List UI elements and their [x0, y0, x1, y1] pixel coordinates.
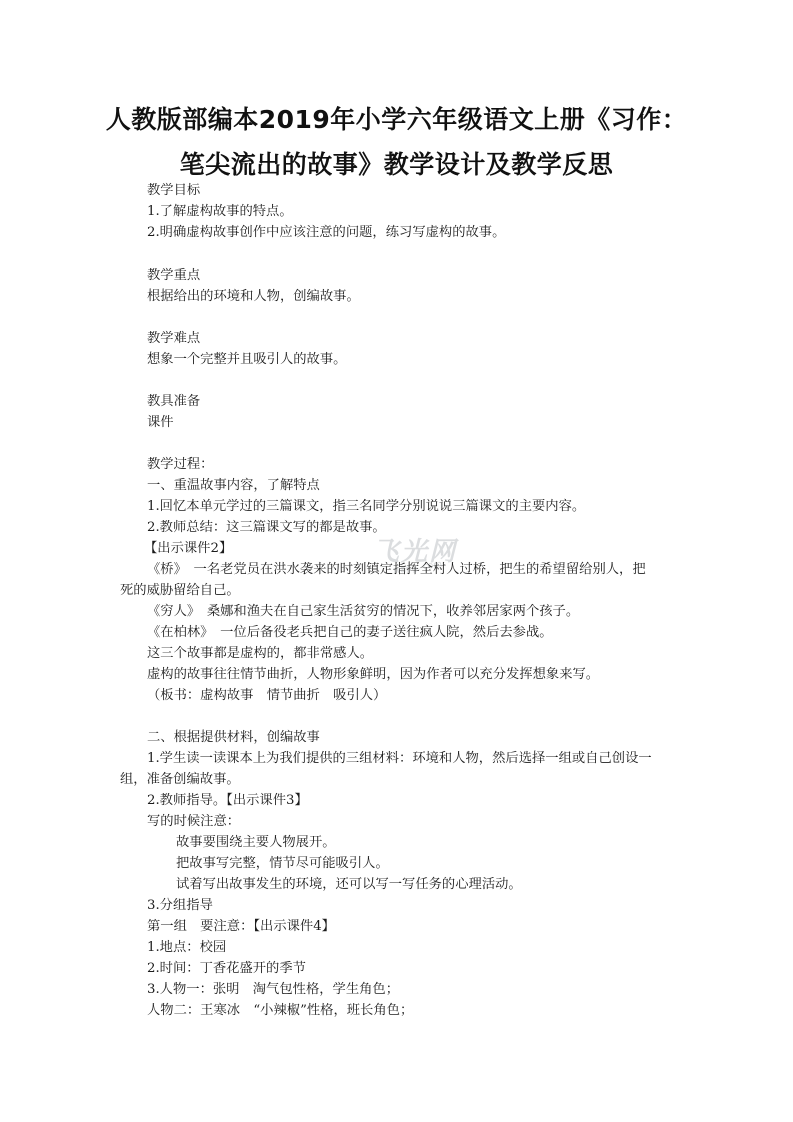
body-line: 试着写出故事发生的环境，还可以写一写任务的心理活动。 — [176, 876, 522, 894]
body-line: 教学难点 — [147, 330, 200, 348]
document-title-line-2: 笔尖流出的故事》教学设计及教学反思 — [0, 145, 793, 181]
body-line: 2.教师指导。【出示课件3】 — [147, 792, 308, 810]
body-line: 人物二：王寒冰 “小辣椒”性格，班长角色； — [147, 1002, 413, 1020]
body-line: 2.教师总结：这三篇课文写的都是故事。 — [147, 519, 386, 537]
body-line: 教学目标 — [147, 182, 200, 200]
body-line: 一、重温故事内容，了解特点 — [147, 477, 320, 495]
body-line: 课件 — [147, 414, 174, 432]
body-line: 写的时候注意： — [147, 813, 240, 831]
body-line: 死的威胁留给自己。 — [120, 582, 240, 600]
body-line: 教学过程： — [147, 456, 213, 474]
document-title-line-1: 人教版部编本2019年小学六年级语文上册《习作： — [0, 100, 793, 136]
body-line: 教学重点 — [147, 267, 200, 285]
body-line: 【出示课件2】 — [144, 540, 232, 558]
body-line: 第一组 要注意：【出示课件4】 — [147, 918, 335, 936]
body-line: 1.了解虚构故事的特点。 — [147, 203, 293, 221]
body-line: 把故事写完整，情节尽可能吸引人。 — [176, 855, 389, 873]
body-line: 教具准备 — [147, 393, 200, 411]
body-line: 组，准备创编故事。 — [120, 771, 240, 789]
body-line: 想象一个完整并且吸引人的故事。 — [147, 351, 346, 369]
body-line: 这三个故事都是虚构的，都非常感人。 — [147, 645, 373, 663]
body-line: 《在柏林》 一位后备役老兵把自己的妻子送往疯人院，然后去参战。 — [147, 624, 553, 642]
body-line: 2.明确虚构故事创作中应该注意的问题，练习写虚构的故事。 — [147, 224, 505, 242]
body-line: 1.地点：校园 — [147, 939, 226, 957]
document-page: 人教版部编本2019年小学六年级语文上册《习作： 笔尖流出的故事》教学设计及教学… — [0, 0, 793, 1122]
body-line: 《桥》 一名老党员在洪水袭来的时刻镇定指挥全村人过桥，把生的希望留给别人，把 — [147, 561, 646, 579]
body-line: 《穷人》 桑娜和渔夫在自己家生活贫穷的情况下，收养邻居家两个孩子。 — [147, 603, 579, 621]
body-line: 1.回忆本单元学过的三篇课文，指三名同学分别说说三篇课文的主要内容。 — [147, 498, 585, 516]
body-line: 2.时间：丁香花盛开的季节 — [147, 960, 306, 978]
body-line: 虚构的故事往往情节曲折，人物形象鲜明，因为作者可以充分发挥想象来写。 — [147, 666, 599, 684]
body-line: 1.学生读一读课本上为我们提供的三组材料：环境和人物，然后选择一组或自己创设一 — [147, 750, 652, 768]
body-line: 二、根据提供材料，创编故事 — [147, 729, 320, 747]
body-line: （板书：虚构故事 情节曲折 吸引人） — [147, 687, 386, 705]
body-line: 故事要围绕主要人物展开。 — [176, 834, 336, 852]
body-line: 3.分组指导 — [147, 897, 213, 915]
body-line: 3.人物一：张明 淘气包性格，学生角色； — [147, 981, 399, 999]
body-line: 根据给出的环境和人物，创编故事。 — [147, 288, 360, 306]
